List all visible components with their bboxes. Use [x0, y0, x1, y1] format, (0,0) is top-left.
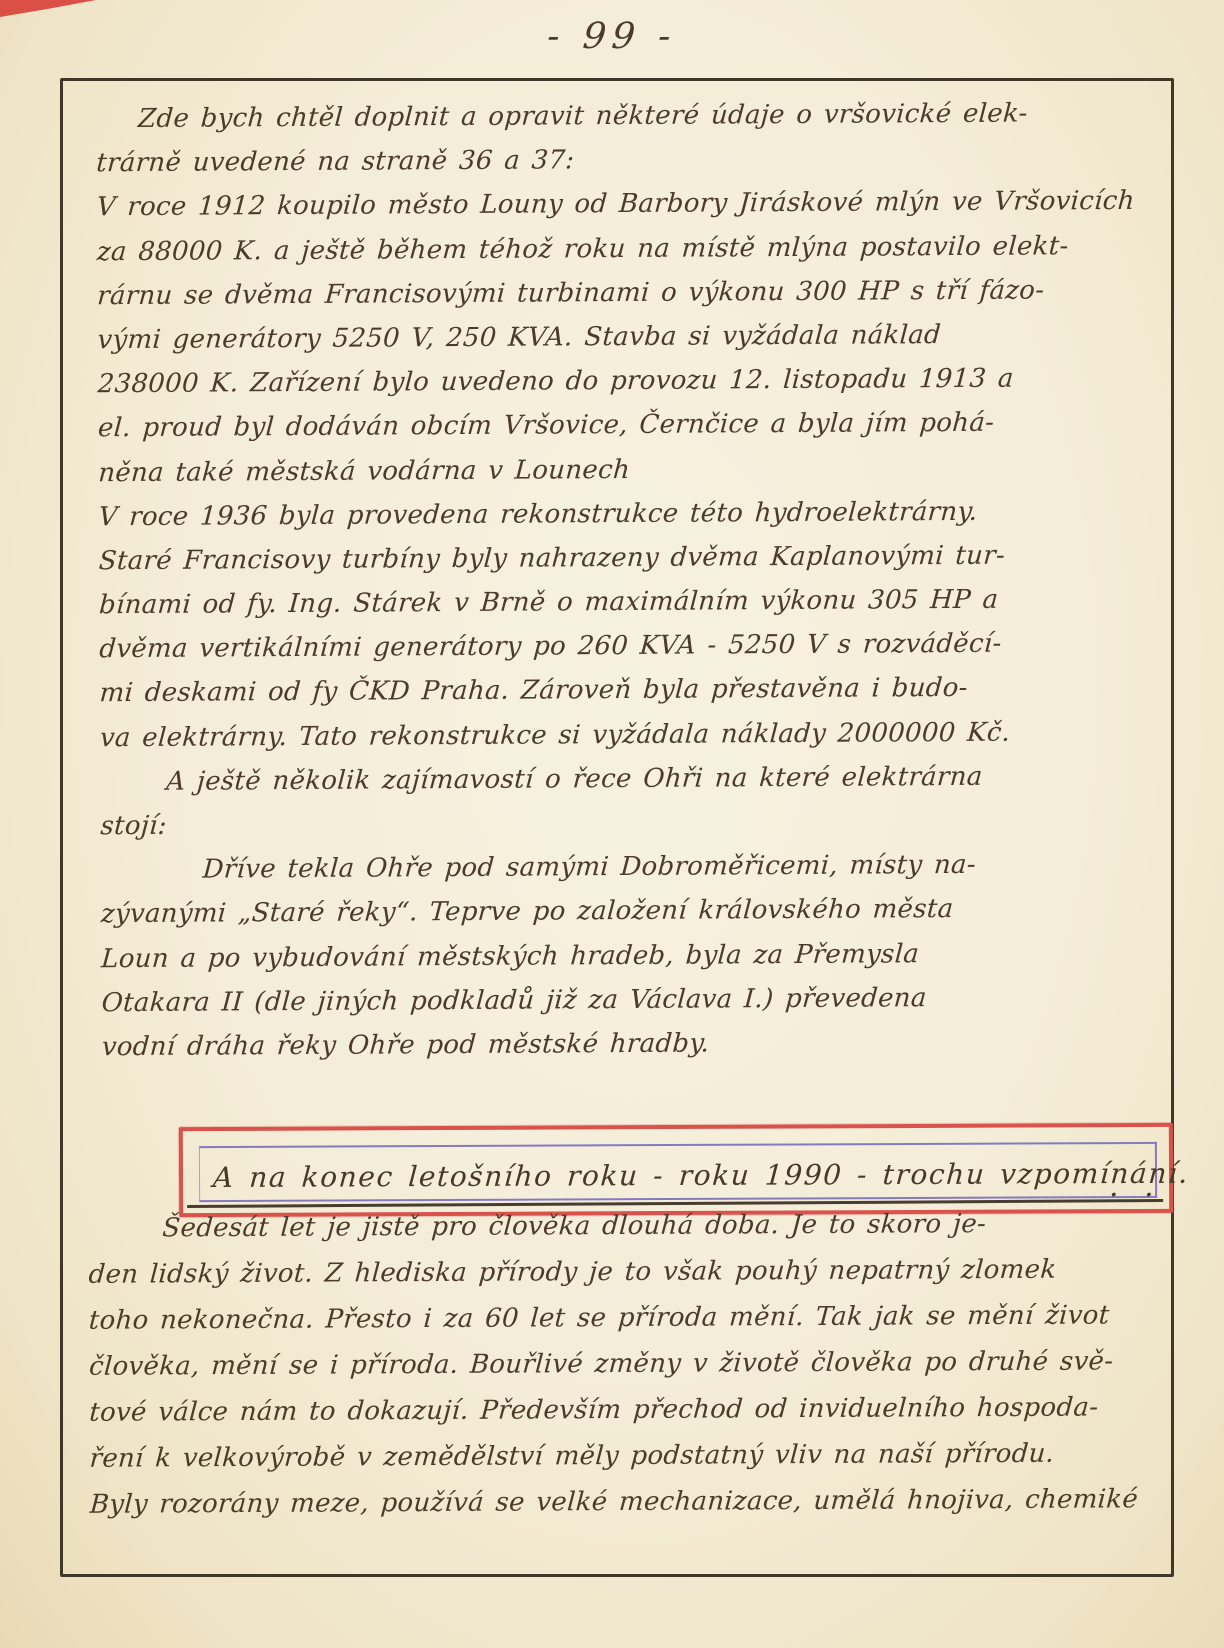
handwritten-line: Byly rozorány meze, používá se velké mec… — [88, 1484, 1155, 1536]
handwritten-line: ření k velkovýrobě v zemědělství měly po… — [88, 1438, 1155, 1490]
bottom-text-block: Šedesát let je jistě pro člověka dlouhá … — [86, 1208, 1152, 1536]
top-text-block: Zde bych chtěl doplnit a opravit některé… — [94, 98, 1154, 1077]
page-number: - 99 - — [545, 16, 678, 57]
red-highlight-box: A na konec letošního roku - roku 1990 - … — [179, 1123, 1173, 1217]
handwritten-line: Loun a po vybudování městských hradeb, b… — [99, 937, 1156, 988]
handwritten-line: trárně uvedené na straně 36 a 37: — [95, 142, 1152, 193]
handwritten-line: Šedesát let je jistě pro člověka dlouhá … — [86, 1208, 1153, 1260]
handwritten-line: tové válce nám to dokazují. Především př… — [87, 1392, 1154, 1444]
highlight-text: A na konec letošního roku - roku 1990 - … — [212, 1157, 1190, 1194]
handwritten-line: rárnu se dvěma Francisovými turbinami o … — [95, 275, 1152, 326]
handwritten-line: den lidský život. Z hlediska přírody je … — [87, 1254, 1154, 1306]
scanned-page: - 99 - Zde bych chtěl doplnit a opravit … — [0, 0, 1224, 1648]
handwritten-line: V roce 1912 koupilo město Louny od Barbo… — [95, 186, 1152, 237]
handwritten-line: dvěma vertikálními generátory po 260 KVA… — [98, 628, 1155, 679]
handwritten-line: za 88000 K. a ještě během téhož roku na … — [95, 230, 1152, 281]
handwritten-line: Dříve tekla Ohře pod samými Dobroměřicem… — [99, 849, 1156, 900]
handwritten-line: vodní dráha řeky Ohře pod městské hradby… — [100, 1026, 1157, 1077]
handwritten-line: el. proud byl dodáván obcím Vršovice, Če… — [96, 407, 1153, 458]
handwritten-line: toho nekonečna. Přesto i za 60 let se př… — [87, 1300, 1154, 1352]
handwritten-line: stojí: — [99, 805, 1156, 856]
handwritten-line: člověka, mění se i příroda. Bouřlivé změ… — [87, 1346, 1154, 1398]
handwritten-line: bínami od fy. Ing. Stárek v Brně o maxim… — [97, 584, 1154, 635]
handwritten-line: va elektrárny. Tato rekonstrukce si vyžá… — [98, 716, 1155, 767]
handwritten-line: 238000 K. Zařízení bylo uvedeno do provo… — [96, 363, 1153, 414]
handwritten-line: mi deskami od fy ČKD Praha. Zároveň byla… — [98, 672, 1155, 723]
page-frame: Zde bych chtěl doplnit a opravit některé… — [60, 78, 1174, 1577]
trailing-dots: . . — [1109, 1169, 1162, 1204]
handwritten-line: Staré Francisovy turbíny byly nahrazeny … — [97, 540, 1154, 591]
handwritten-line: V roce 1936 byla provedena rekonstrukce … — [97, 495, 1154, 546]
handwritten-line: něna také městská vodárna v Lounech — [96, 451, 1153, 502]
handwritten-line: Zde bych chtěl doplnit a opravit některé… — [94, 98, 1151, 149]
handwritten-line: Otakara II (dle jiných podkladů již za V… — [100, 982, 1157, 1033]
handwritten-line: zývanými „Staré řeky“. Teprve po založen… — [99, 893, 1156, 944]
handwritten-line: vými generátory 5250 V, 250 KVA. Stavba … — [96, 319, 1153, 370]
red-corner-mark — [0, 0, 96, 17]
handwritten-line: A ještě několik zajímavostí o řece Ohři … — [98, 761, 1155, 812]
